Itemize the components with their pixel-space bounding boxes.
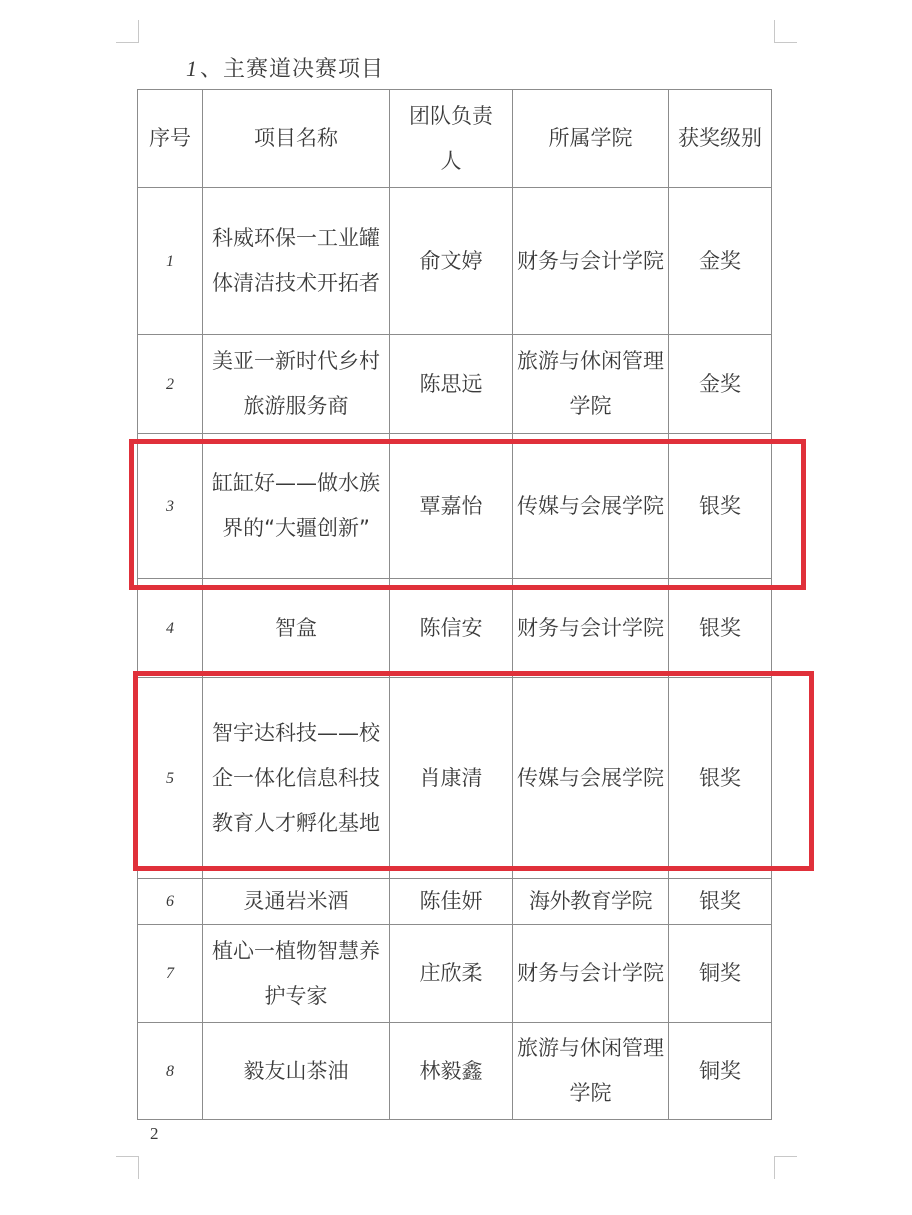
row-school: 传媒与会展学院 xyxy=(513,678,669,879)
table-row: 2 美亚一新时代乡村旅游服务商 陈思远 旅游与休闲管理学院 金奖 xyxy=(138,335,772,434)
row-award-level: 银奖 xyxy=(669,879,772,925)
section-title: 1、主赛道决赛项目 xyxy=(186,52,384,83)
row-no: 5 xyxy=(138,678,203,879)
row-project-name: 智盒 xyxy=(203,579,390,678)
row-project-name: 毅友山茶油 xyxy=(203,1023,390,1120)
section-number: 1 xyxy=(186,56,198,81)
table-row: 3 缸缸好——做水族界的“大疆创新” 覃嘉怡 传媒与会展学院 银奖 xyxy=(138,434,772,579)
table-row: 8 毅友山茶油 林毅鑫 旅游与休闲管理学院 铜奖 xyxy=(138,1023,772,1120)
table-row: 1 科威环保一工业罐体清洁技术开拓者 俞文婷 财务与会计学院 金奖 xyxy=(138,188,772,335)
section-separator: 、 xyxy=(200,57,223,82)
row-school: 传媒与会展学院 xyxy=(513,434,669,579)
row-school: 旅游与休闲管理学院 xyxy=(513,1023,669,1120)
row-project-name: 缸缸好——做水族界的“大疆创新” xyxy=(203,434,390,579)
row-no: 4 xyxy=(138,579,203,678)
row-award-level: 银奖 xyxy=(669,434,772,579)
crop-mark-top-left xyxy=(116,20,139,43)
row-team-leader: 林毅鑫 xyxy=(390,1023,513,1120)
table-row: 4 智盒 陈信安 财务与会计学院 银奖 xyxy=(138,579,772,678)
row-no: 2 xyxy=(138,335,203,434)
row-school: 财务与会计学院 xyxy=(513,925,669,1023)
row-award-level: 银奖 xyxy=(669,678,772,879)
row-project-name: 灵通岩米酒 xyxy=(203,879,390,925)
row-school: 旅游与休闲管理学院 xyxy=(513,335,669,434)
header-no: 序号 xyxy=(138,90,203,188)
table-row: 7 植心一植物智慧养护专家 庄欣柔 财务与会计学院 铜奖 xyxy=(138,925,772,1023)
row-project-name: 科威环保一工业罐体清洁技术开拓者 xyxy=(203,188,390,335)
row-school: 海外教育学院 xyxy=(513,879,669,925)
row-team-leader: 陈佳妍 xyxy=(390,879,513,925)
row-project-name: 美亚一新时代乡村旅游服务商 xyxy=(203,335,390,434)
crop-mark-bottom-left xyxy=(116,1156,139,1179)
row-project-name: 智宇达科技——校企一体化信息科技教育人才孵化基地 xyxy=(203,678,390,879)
header-team-leader: 团队负责人 xyxy=(390,90,513,188)
row-team-leader: 陈思远 xyxy=(390,335,513,434)
row-project-name: 植心一植物智慧养护专家 xyxy=(203,925,390,1023)
table-header-row: 序号 项目名称 团队负责人 所属学院 获奖级别 xyxy=(138,90,772,188)
section-title-text: 主赛道决赛项目 xyxy=(223,57,384,82)
table-row: 5 智宇达科技——校企一体化信息科技教育人才孵化基地 肖康清 传媒与会展学院 银… xyxy=(138,678,772,879)
crop-mark-top-right xyxy=(774,20,797,43)
row-no: 1 xyxy=(138,188,203,335)
crop-mark-bottom-right xyxy=(774,1156,797,1179)
row-school: 财务与会计学院 xyxy=(513,579,669,678)
row-no: 3 xyxy=(138,434,203,579)
row-no: 8 xyxy=(138,1023,203,1120)
row-award-level: 铜奖 xyxy=(669,1023,772,1120)
row-team-leader: 肖康清 xyxy=(390,678,513,879)
row-award-level: 铜奖 xyxy=(669,925,772,1023)
row-award-level: 金奖 xyxy=(669,188,772,335)
header-school: 所属学院 xyxy=(513,90,669,188)
row-no: 7 xyxy=(138,925,203,1023)
row-team-leader: 俞文婷 xyxy=(390,188,513,335)
row-team-leader: 覃嘉怡 xyxy=(390,434,513,579)
row-no: 6 xyxy=(138,879,203,925)
table-row: 6 灵通岩米酒 陈佳妍 海外教育学院 银奖 xyxy=(138,879,772,925)
row-award-level: 金奖 xyxy=(669,335,772,434)
row-school: 财务与会计学院 xyxy=(513,188,669,335)
row-team-leader: 庄欣柔 xyxy=(390,925,513,1023)
row-team-leader: 陈信安 xyxy=(390,579,513,678)
awards-table: 序号 项目名称 团队负责人 所属学院 获奖级别 1 科威环保一工业罐体清洁技术开… xyxy=(137,89,772,1120)
header-award-level: 获奖级别 xyxy=(669,90,772,188)
page-number: 2 xyxy=(150,1124,159,1144)
row-award-level: 银奖 xyxy=(669,579,772,678)
header-project-name: 项目名称 xyxy=(203,90,390,188)
